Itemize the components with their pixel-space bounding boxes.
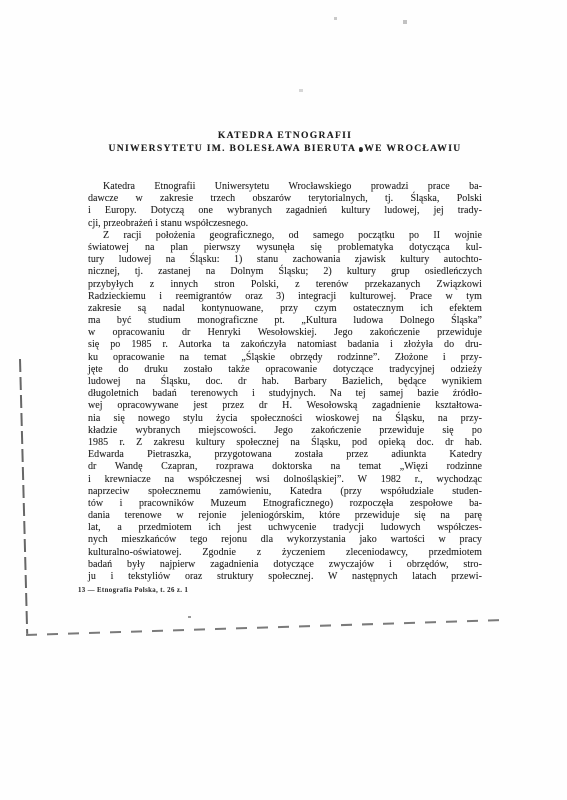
text-line: ludowej na Śląsku, doc. dr hab. Barbary …: [88, 376, 482, 388]
text-line: dr Wandę Czapran, rozprawa doktorska na …: [88, 461, 482, 473]
text-line: ku opracowanie na temat „Śląskie obrzędy…: [88, 352, 482, 364]
text-line: przybyłych z innych stron Polski, z tere…: [88, 279, 482, 291]
text-line: się po 1985 r. Autorka ta zakończyła nat…: [88, 339, 482, 351]
text-line: nia się nowego stylu życia społeczności …: [88, 413, 482, 425]
text-line: kładzie wybranych miejscowości. Jego zak…: [88, 425, 482, 437]
scan-speck: [334, 17, 337, 20]
title-line-2-text-a: UNIWERSYTETU IM. BOLESŁAWA BIERUTA: [109, 143, 357, 154]
text-line: Katedra Etnografii Uniwersytetu Wrocławs…: [88, 181, 482, 193]
text-line: Edwarda Pietraszka, przygotowana została…: [88, 449, 482, 461]
text-line: tury ludowej na Śląsku: 1) stanu zachowa…: [88, 254, 482, 266]
text-line: nicznej, tj. zastanej na Dolnym Śląsku; …: [88, 266, 482, 278]
scan-speck: [403, 20, 407, 24]
scan-speck: [188, 616, 191, 618]
footer-signature: 13 — Etnografia Polska, t. 26 z. 1: [78, 587, 188, 594]
text-line: i krewniacze na współczesnej wsi dolnośl…: [88, 474, 482, 486]
text-line: dawcze w zakresie trzech obszarów teryto…: [88, 193, 482, 205]
text-line: ma być studium monograficzne pt. „Kultur…: [88, 315, 482, 327]
ink-blot-artifact: [359, 147, 363, 152]
text-line: światowej na plan pierwszy wysunęła się …: [88, 242, 482, 254]
text-line: Z racji położenia geograficznego, od sam…: [88, 230, 482, 242]
fold-line-horizontal: [26, 619, 504, 636]
text-line: wej opracowywane jest przez dr H. Wesoło…: [88, 400, 482, 412]
fold-line-vertical: [19, 359, 28, 634]
text-line: ju i tekstyliów oraz struktury społeczne…: [88, 571, 482, 583]
text-line: cji, przeobrażeń i stanu współczesnego.: [88, 218, 482, 230]
text-line: i Europy. Dotyczą one wybranych zagadnie…: [88, 205, 482, 217]
title-line-2-text-b: WE WROCŁAWIU: [364, 143, 461, 154]
text-line: Radzieckiemu i reemigrantów oraz 3) inte…: [88, 291, 482, 303]
text-line: naprzeciw społecznemu zamówieniu, Katedr…: [88, 486, 482, 498]
text-line: kulturalno-oświatowej. Zgodnie z życzeni…: [88, 547, 482, 559]
text-line: nych mieszkańców tego rejonu dla wykorzy…: [88, 534, 482, 546]
text-line: zakresie są nadal kontynuowane, przy czy…: [88, 303, 482, 315]
text-line: tów i pracowników Muzeum Etnograficznego…: [88, 498, 482, 510]
text-line: jęte do druku zostało także opracowanie …: [88, 364, 482, 376]
text-line: długoletnich badań terenowych i studyjny…: [88, 388, 482, 400]
text-line: dania terenowe w rejonie jeleniogórskim,…: [88, 510, 482, 522]
scanned-page: KATEDRA ETNOGRAFII UNIWERSYTETU IM. BOLE…: [0, 0, 567, 800]
article-body: Katedra Etnografii Uniwersytetu Wrocławs…: [88, 181, 482, 583]
text-line: w opracowaniu dr Henryki Wesołowskiej. J…: [88, 327, 482, 339]
text-line: badań były najpierw zagadnienia dotycząc…: [88, 559, 482, 571]
article-title: KATEDRA ETNOGRAFII UNIWERSYTETU IM. BOLE…: [88, 130, 482, 155]
title-line-1: KATEDRA ETNOGRAFII: [88, 130, 482, 142]
title-line-2: UNIWERSYTETU IM. BOLESŁAWA BIERUTAWE WRO…: [88, 143, 482, 155]
text-line: lat, a przedmiotem ich jest uchwycenie t…: [88, 522, 482, 534]
scan-speck: [299, 89, 303, 92]
text-line: 1985 r. Z zakresu kultury społecznej na …: [88, 437, 482, 449]
